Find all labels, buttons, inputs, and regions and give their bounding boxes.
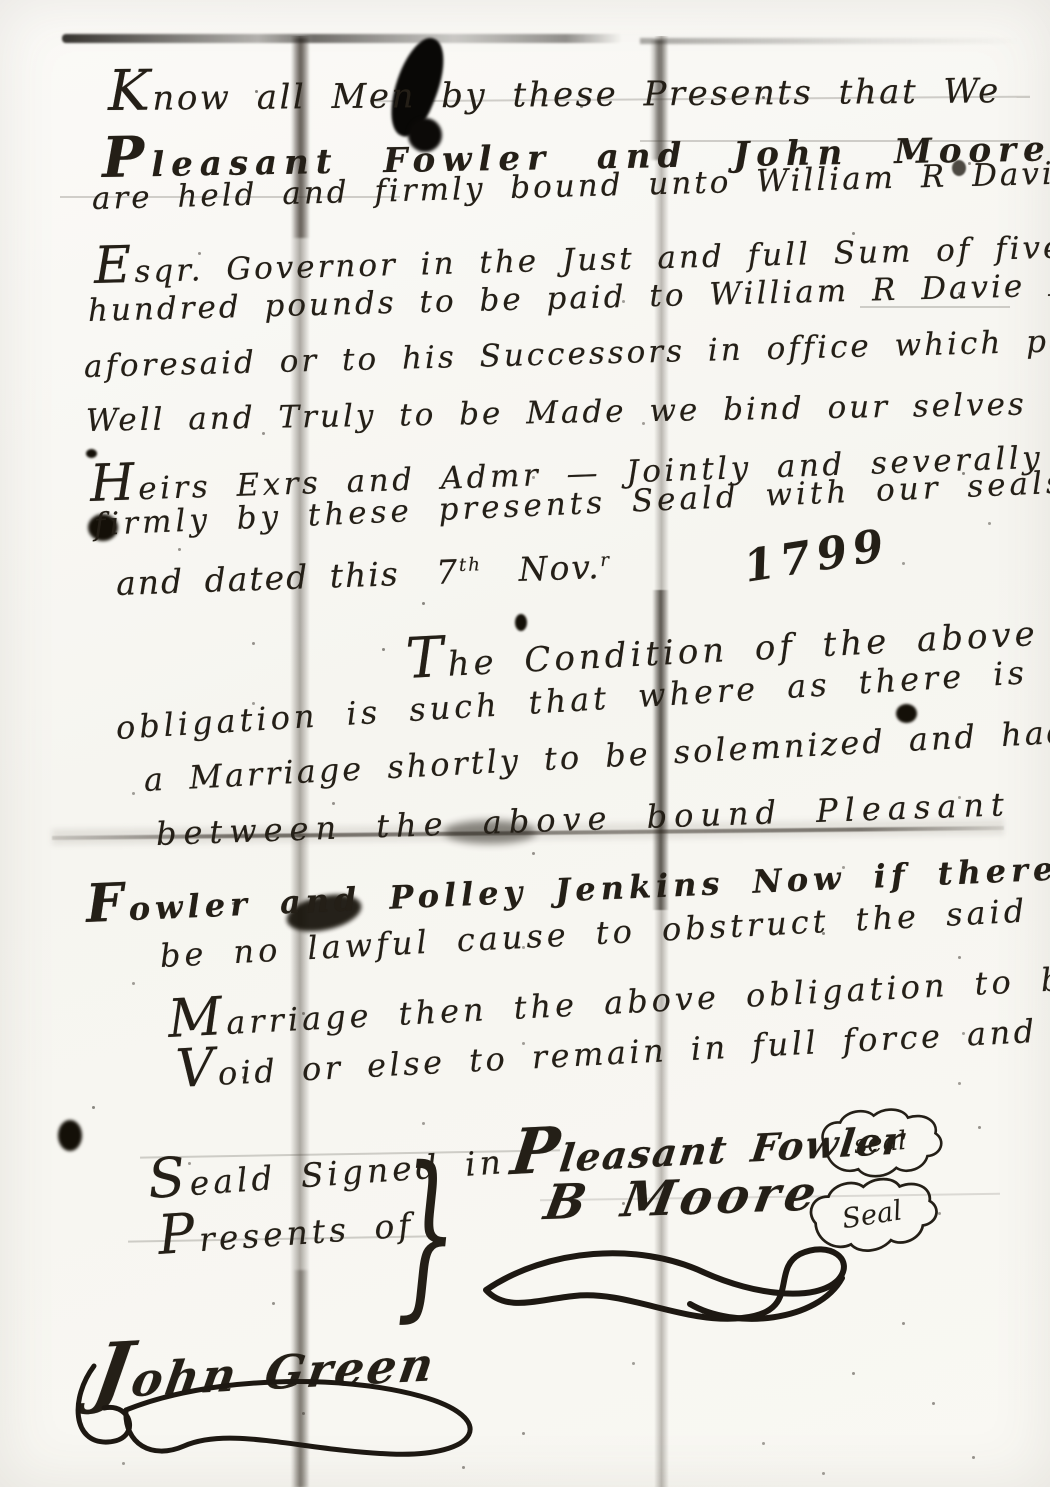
date-year: 1799 bbox=[740, 520, 893, 593]
signature-flourish bbox=[478, 1238, 878, 1333]
seal-label: seal bbox=[853, 1126, 908, 1160]
date-month: Nov.r bbox=[518, 547, 612, 589]
signature-b-moore: B Moore bbox=[540, 1166, 825, 1231]
manuscript-page: Know all Men by these Presents that We P… bbox=[0, 0, 1050, 1487]
date-line: and dated this 7th Nov.r 1799 bbox=[115, 529, 891, 607]
ink-stain bbox=[58, 1120, 82, 1151]
seal-label: Seal bbox=[840, 1195, 904, 1235]
torn-top-edge bbox=[640, 38, 1020, 44]
bond-text-line: aforesaid or to his Successors in office… bbox=[84, 321, 1050, 385]
date-month-suffix: r bbox=[600, 550, 611, 571]
paper-specks bbox=[0, 0, 3, 3]
date-prefix: and dated this bbox=[115, 554, 400, 603]
date-day-suffix: th bbox=[459, 554, 483, 576]
date-day-number: 7 bbox=[435, 552, 459, 592]
witness-signature-flourish bbox=[60, 1362, 580, 1482]
torn-top-edge bbox=[62, 34, 622, 43]
attestation-brace: } bbox=[396, 1128, 458, 1338]
date-month-name: Nov. bbox=[518, 547, 601, 589]
date-day: 7th bbox=[435, 551, 482, 592]
